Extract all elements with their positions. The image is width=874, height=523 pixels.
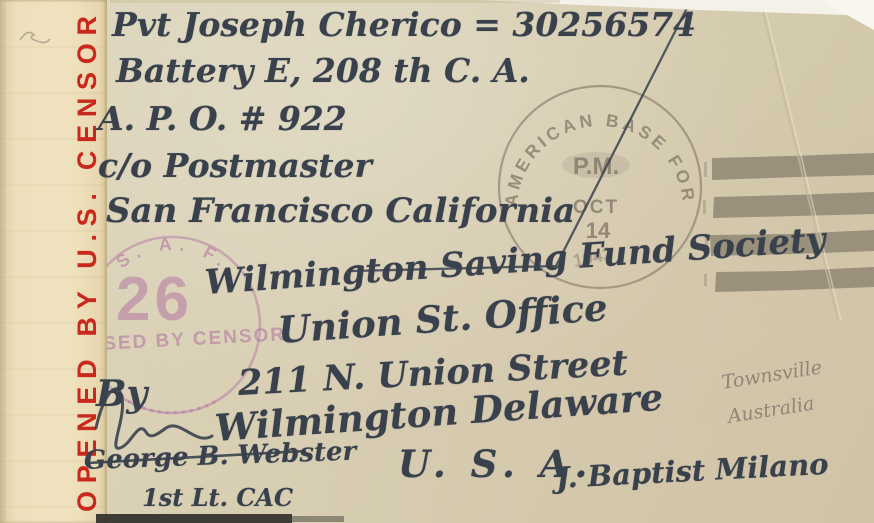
envelope-photo: S. A. F. 26 PASSED BY CENSOR OPENED BY U… <box>0 0 874 523</box>
photo-edges <box>0 0 874 523</box>
top-edge-shade <box>110 0 560 3</box>
envelope-bottom-edge <box>96 514 292 523</box>
left-edge-shadow <box>0 0 6 523</box>
envelope-bottom-edge-fade <box>292 516 344 522</box>
